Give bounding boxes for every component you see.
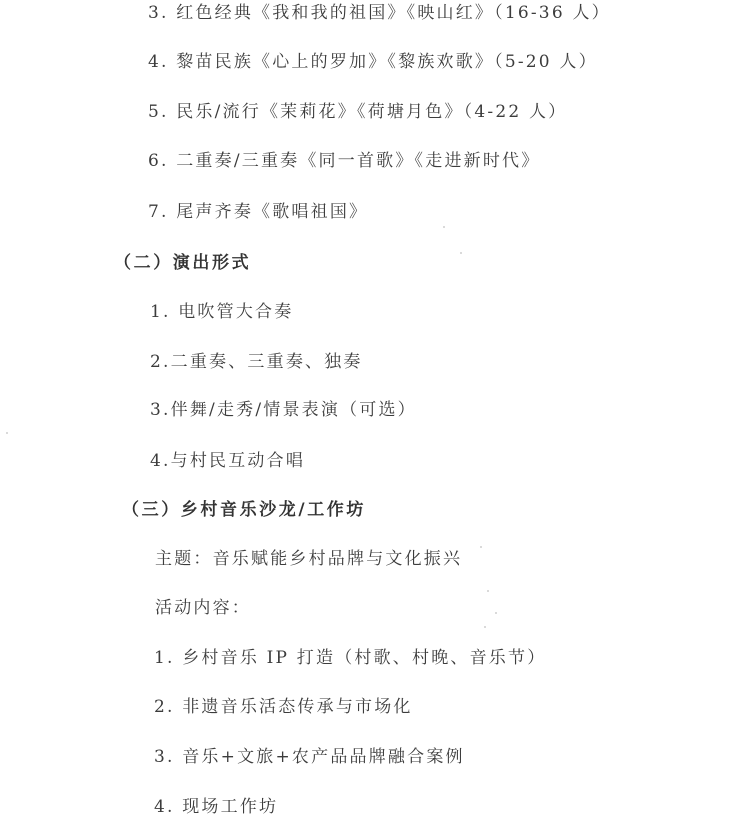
- item-number: 7.: [148, 202, 169, 222]
- salon-item-4: 4. 现场工作坊: [154, 796, 278, 818]
- program-item-5: 5. 民乐/流行《茉莉花》《荷塘月色》（4-22 人）: [148, 101, 567, 123]
- item-text: 二重奏/三重奏《同一首歌》《走进新时代》: [176, 151, 540, 171]
- program-item-4: 4. 黎苗民族《心上的罗加》《黎族欢歌》（5-20 人）: [148, 51, 598, 73]
- item-number: 4.: [154, 797, 175, 817]
- performance-form-item-4: 4.与村民互动合唱: [150, 450, 305, 472]
- item-number: 1.: [154, 648, 175, 668]
- scan-speck: [495, 612, 497, 614]
- section-3-heading: （三）乡村音乐沙龙/工作坊: [122, 499, 366, 521]
- document-page: 3. 红色经典《我和我的祖国》《映山红》（16-36 人） 4. 黎苗民族《心上…: [0, 0, 748, 825]
- performance-form-item-3: 3.伴舞/走秀/情景表演（可选）: [150, 399, 417, 421]
- item-text: 伴舞/走秀/情景表演（可选）: [171, 400, 417, 420]
- salon-item-2: 2. 非遗音乐活态传承与市场化: [154, 696, 413, 718]
- scan-speck: [6, 432, 8, 434]
- item-text: 尾声齐奏《歌唱祖国》: [176, 202, 368, 222]
- section-2-heading: （二）演出形式: [114, 252, 251, 274]
- scan-speck: [480, 546, 482, 548]
- item-number: 4.: [150, 451, 171, 471]
- item-number: 3.: [154, 747, 175, 767]
- item-number: 2.: [154, 697, 175, 717]
- item-text: 二重奏、三重奏、独奏: [171, 352, 363, 372]
- item-text: 非遗音乐活态传承与市场化: [182, 697, 412, 717]
- item-number: 2.: [150, 352, 171, 372]
- item-number: 3.: [150, 400, 171, 420]
- item-number: 6.: [148, 151, 169, 171]
- item-text: 与村民互动合唱: [171, 451, 305, 471]
- item-text: 黎苗民族《心上的罗加》《黎族欢歌》（5-20 人）: [176, 52, 598, 72]
- scan-speck: [487, 590, 489, 592]
- scan-speck: [443, 226, 445, 228]
- item-text: 音乐+文旅+农产品品牌融合案例: [182, 747, 465, 767]
- item-text: 电吹管大合奏: [178, 302, 293, 322]
- activity-content-label: 活动内容：: [155, 597, 251, 619]
- item-text: 民乐/流行《茉莉花》《荷塘月色》（4-22 人）: [176, 102, 567, 122]
- item-text: 现场工作坊: [182, 797, 278, 817]
- salon-item-1: 1. 乡村音乐 IP 打造（村歌、村晚、音乐节）: [154, 647, 546, 669]
- item-number: 3.: [148, 3, 169, 23]
- performance-form-item-2: 2.二重奏、三重奏、独奏: [150, 351, 363, 373]
- item-text: 乡村音乐 IP 打造（村歌、村晚、音乐节）: [182, 648, 546, 668]
- item-number: 1.: [150, 302, 171, 322]
- program-item-6: 6. 二重奏/三重奏《同一首歌》《走进新时代》: [148, 150, 540, 172]
- salon-theme: 主题：音乐赋能乡村品牌与文化振兴: [155, 548, 462, 570]
- salon-item-3: 3. 音乐+文旅+农产品品牌融合案例: [154, 746, 465, 768]
- item-number: 5.: [148, 102, 169, 122]
- program-item-7: 7. 尾声齐奏《歌唱祖国》: [148, 201, 368, 223]
- item-text: 红色经典《我和我的祖国》《映山红》（16-36 人）: [176, 3, 611, 23]
- item-number: 4.: [148, 52, 169, 72]
- program-item-3: 3. 红色经典《我和我的祖国》《映山红》（16-36 人）: [148, 2, 611, 24]
- scan-speck: [484, 626, 486, 628]
- performance-form-item-1: 1. 电吹管大合奏: [150, 301, 293, 323]
- scan-speck: [460, 252, 462, 254]
